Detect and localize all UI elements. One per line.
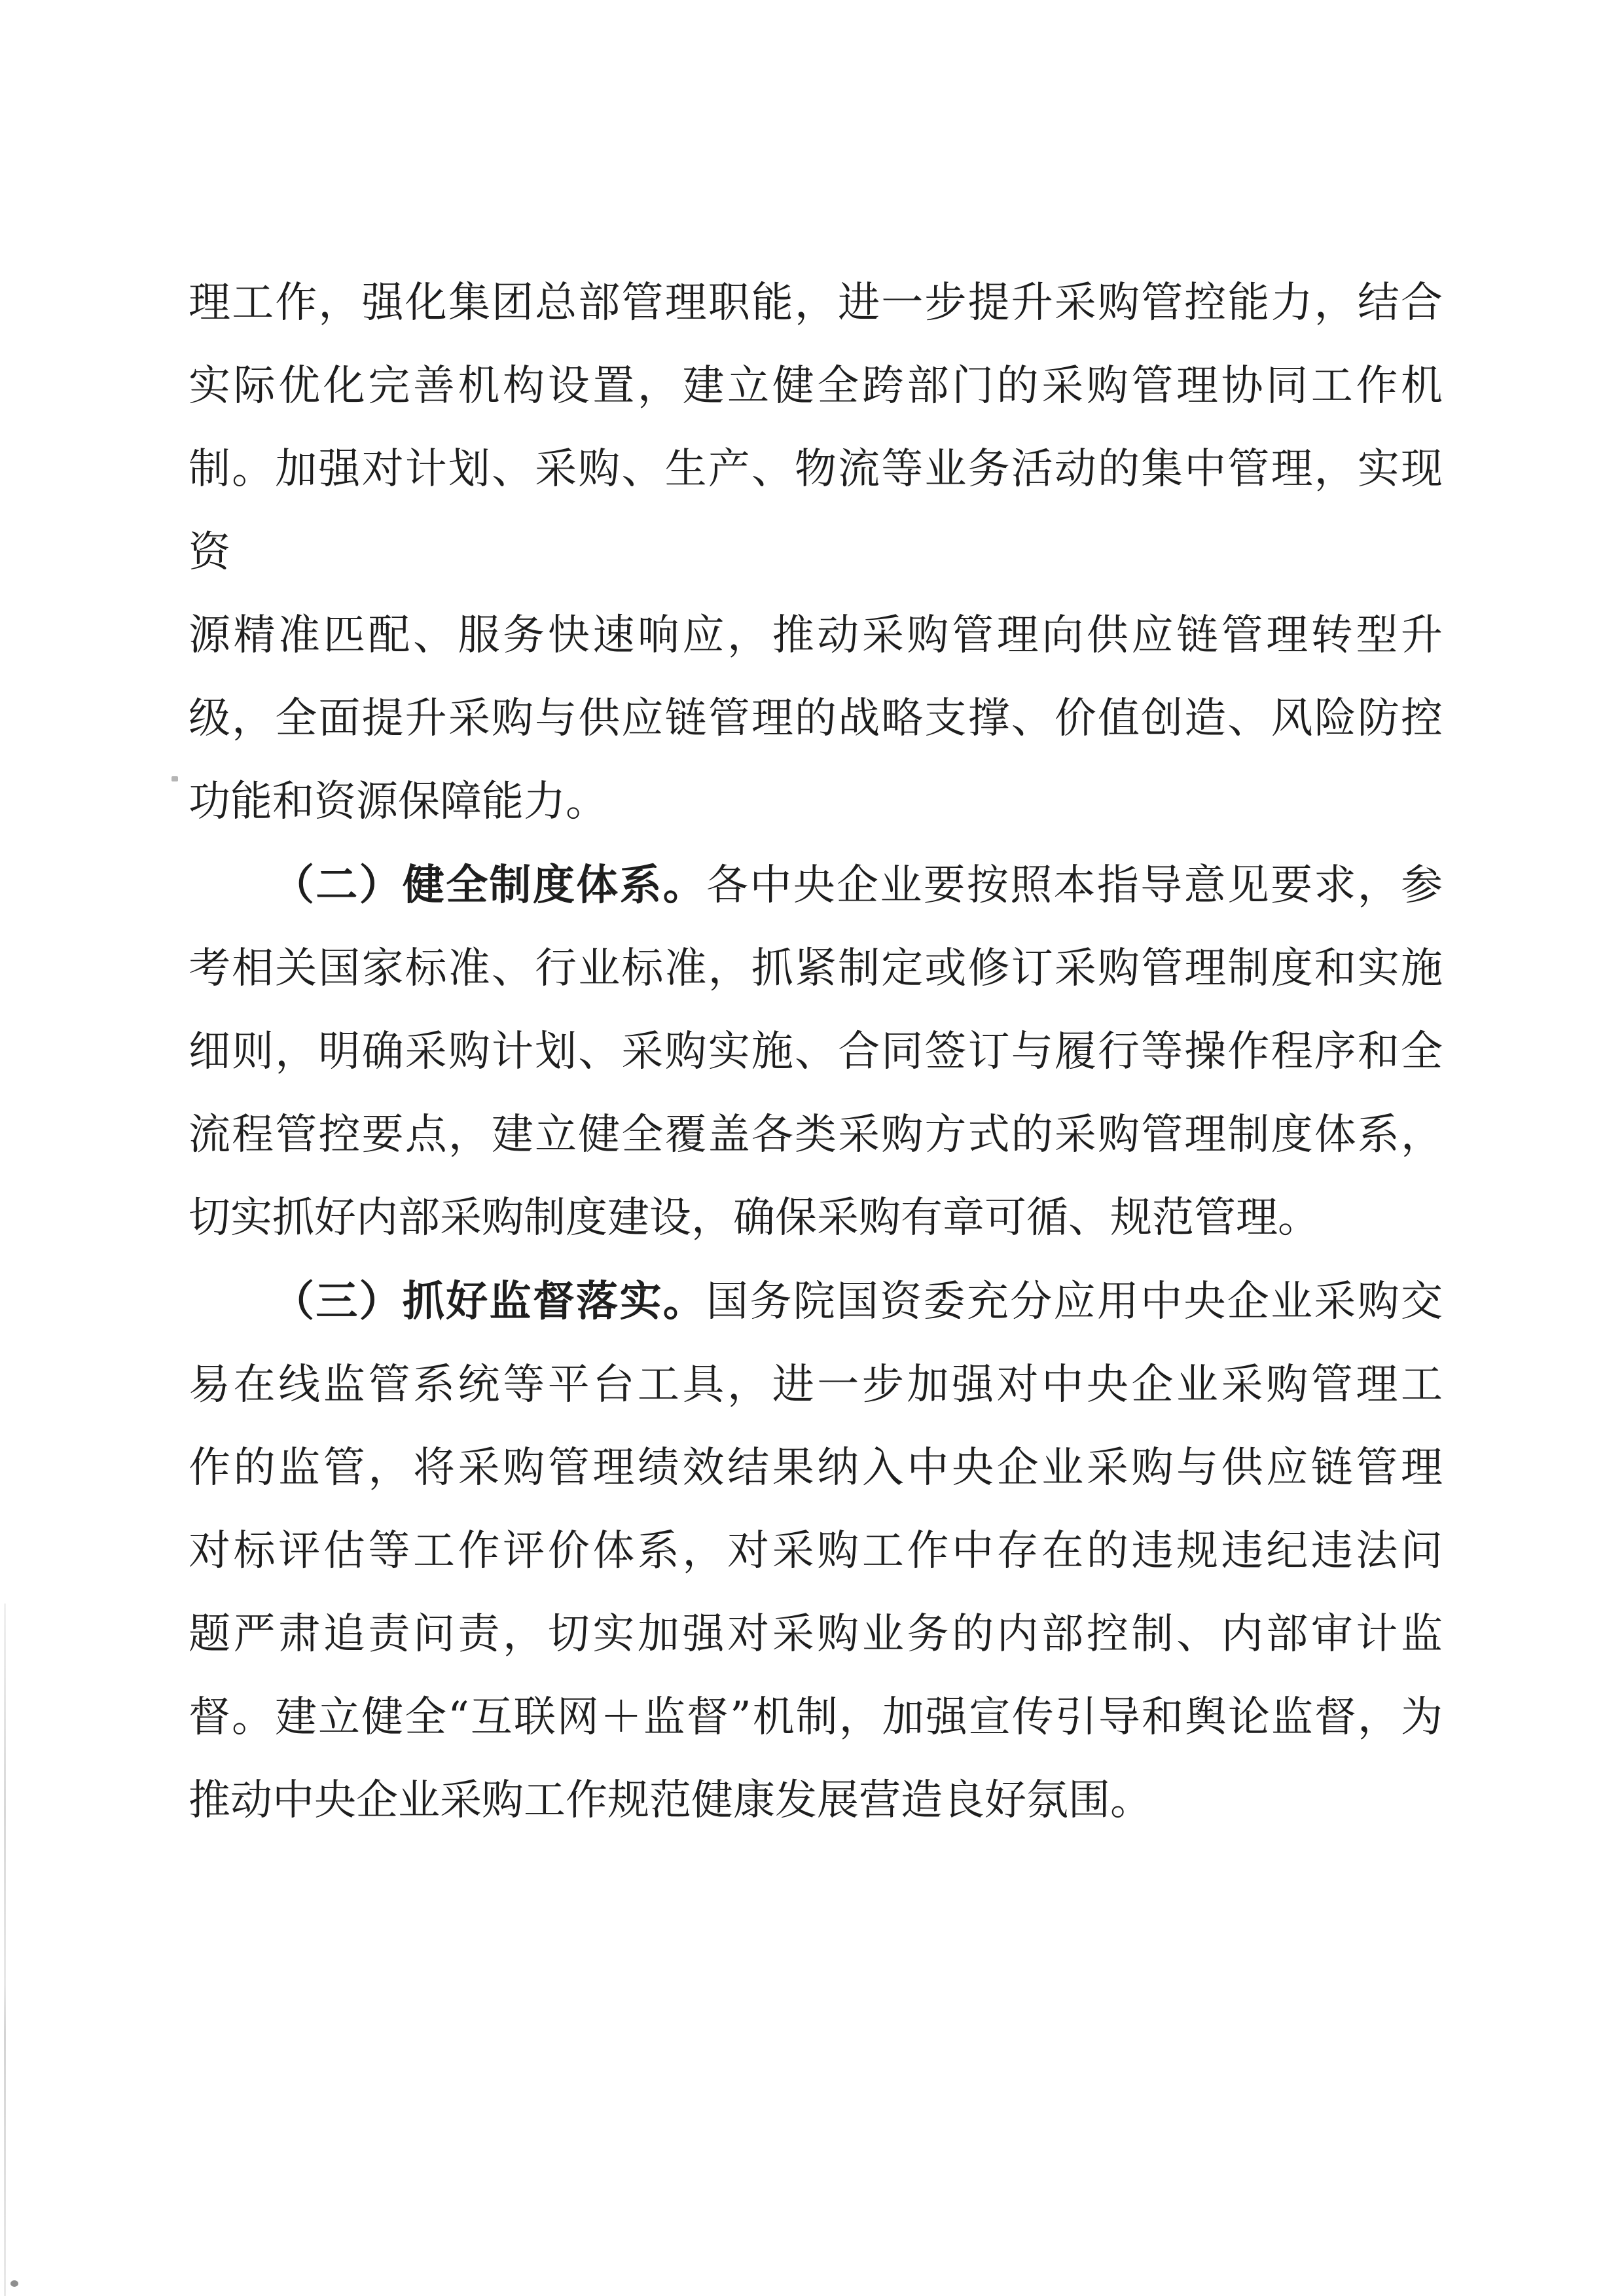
text-line-2: 实际优化完善机构设置，建立健全跨部门的采购管理协同工作机 [189, 345, 1443, 428]
text-line-11-paragraph-end: 切实抓好内部采购制度建设，确保采购有章可循、规范管理。 [189, 1177, 1443, 1260]
text-line-9: 细则，明确采购计划、采购实施、合同签订与履行等操作程序和全 [189, 1011, 1443, 1094]
section-3-heading-continuation: 国务院国资委充分应用中央企业采购交 [706, 1278, 1443, 1326]
text-line-18-paragraph-end: 推动中央企业采购工作规范健康发展营造良好氛围。 [189, 1759, 1443, 1842]
text-line-12-section-3-start: （三）抓好监督落实。国务院国资委充分应用中央企业采购交 [189, 1260, 1443, 1344]
section-2-heading-continuation: 各中央企业要按照本指导意见要求，参 [706, 861, 1443, 910]
text-line-6-paragraph-end: 功能和资源保障能力。 [189, 761, 1443, 844]
section-3-heading: （三）抓好监督落实。 [272, 1277, 706, 1326]
text-line-1: 理工作，强化集团总部管理职能，进一步提升采购管控能力，结合 [189, 262, 1443, 345]
text-line-15: 对标评估等工作评价体系，对采购工作中存在的违规违纪违法问 [189, 1510, 1443, 1593]
section-2-heading: （二）健全制度体系。 [272, 861, 706, 910]
text-line-7-section-2-start: （二）健全制度体系。各中央企业要按照本指导意见要求，参 [189, 844, 1443, 927]
body-text: 理工作，强化集团总部管理职能，进一步提升采购管控能力，结合 实际优化完善机构设置… [189, 262, 1443, 1842]
text-line-16: 题严肃追责问责，切实加强对采购业务的内部控制、内部审计监 [189, 1593, 1443, 1676]
text-line-10: 流程管控要点，建立健全覆盖各类采购方式的采购管理制度体系， [189, 1094, 1443, 1177]
text-line-13: 易在线监管系统等平台工具，进一步加强对中央企业采购管理工 [189, 1344, 1443, 1427]
scan-artifact-line [4, 1604, 6, 2296]
text-line-8: 考相关国家标准、行业标准，抓紧制定或修订采购管理制度和实施 [189, 927, 1443, 1011]
text-line-3: 制。加强对计划、采购、生产、物流等业务活动的集中管理，实现资 [189, 428, 1443, 594]
scan-artifact-speck [171, 776, 178, 781]
text-line-14: 作的监管，将采购管理绩效结果纳入中央企业采购与供应链管理 [189, 1427, 1443, 1510]
text-line-5: 级，全面提升采购与供应链管理的战略支撑、价值创造、风险防控 [189, 677, 1443, 761]
text-line-17: 督。建立健全“互联网＋监督”机制，加强宣传引导和舆论监督，为 [189, 1676, 1443, 1759]
text-line-4: 源精准匹配、服务快速响应，推动采购管理向供应链管理转型升 [189, 594, 1443, 677]
document-page: 理工作，强化集团总部管理职能，进一步提升采购管控能力，结合 实际优化完善机构设置… [0, 0, 1624, 2296]
scan-artifact-speck [10, 2280, 18, 2287]
